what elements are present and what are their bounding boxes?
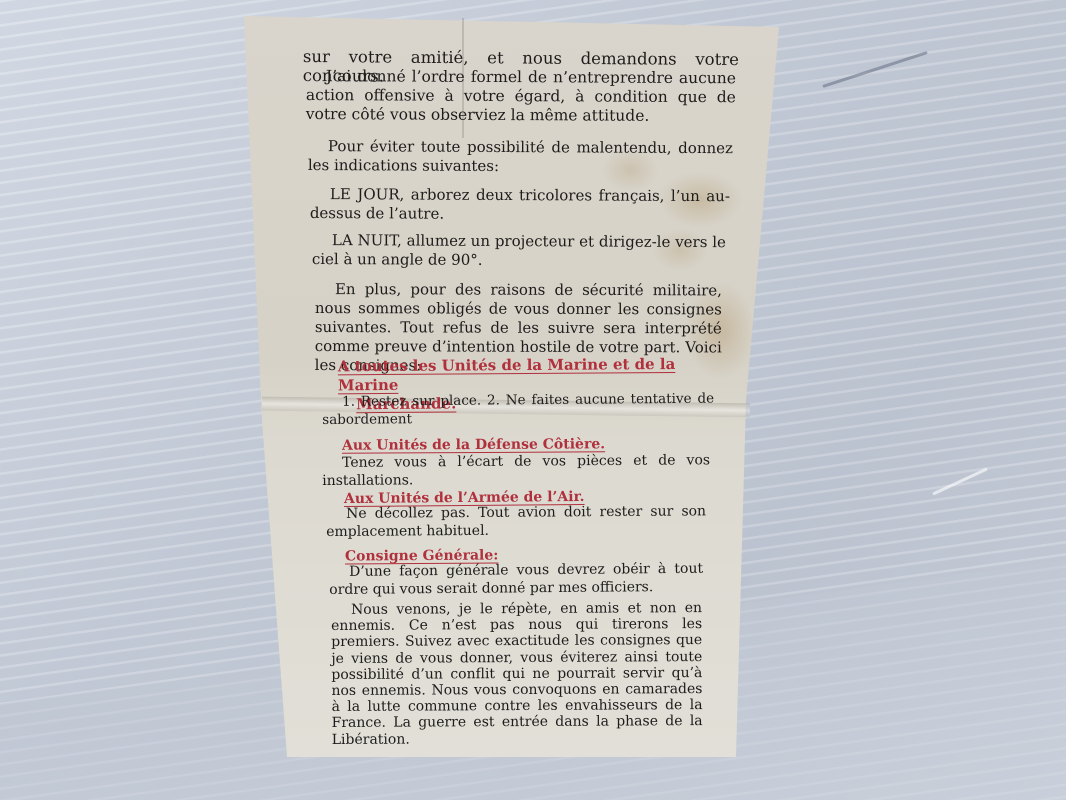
section-body-general-order: D’une façon générale vous devrez obéir à… [329, 560, 703, 599]
paragraph-day-signal: LE JOUR, arborez deux tricolores françai… [310, 185, 730, 225]
paragraph-signals-intro: Pour éviter toute possibilité de malente… [308, 137, 733, 177]
section-body-marine: 1. Restez sur place. 2. Ne faites aucune… [322, 390, 714, 429]
paragraph-closing: Nous venons, je le répète, en amis et no… [331, 600, 703, 748]
section-body-coastal-defense: Tenez vous à l’écart de vos pièces et de… [322, 451, 710, 490]
paragraph-order: J’ai donné l’ordre formel de n’entrepren… [306, 67, 736, 126]
paragraph-night-signal: LA NUIT, allumez un projecteur et dirige… [312, 231, 726, 271]
section-body-air-force: Ne décollez pas. Tout avion doit rester … [326, 502, 706, 541]
